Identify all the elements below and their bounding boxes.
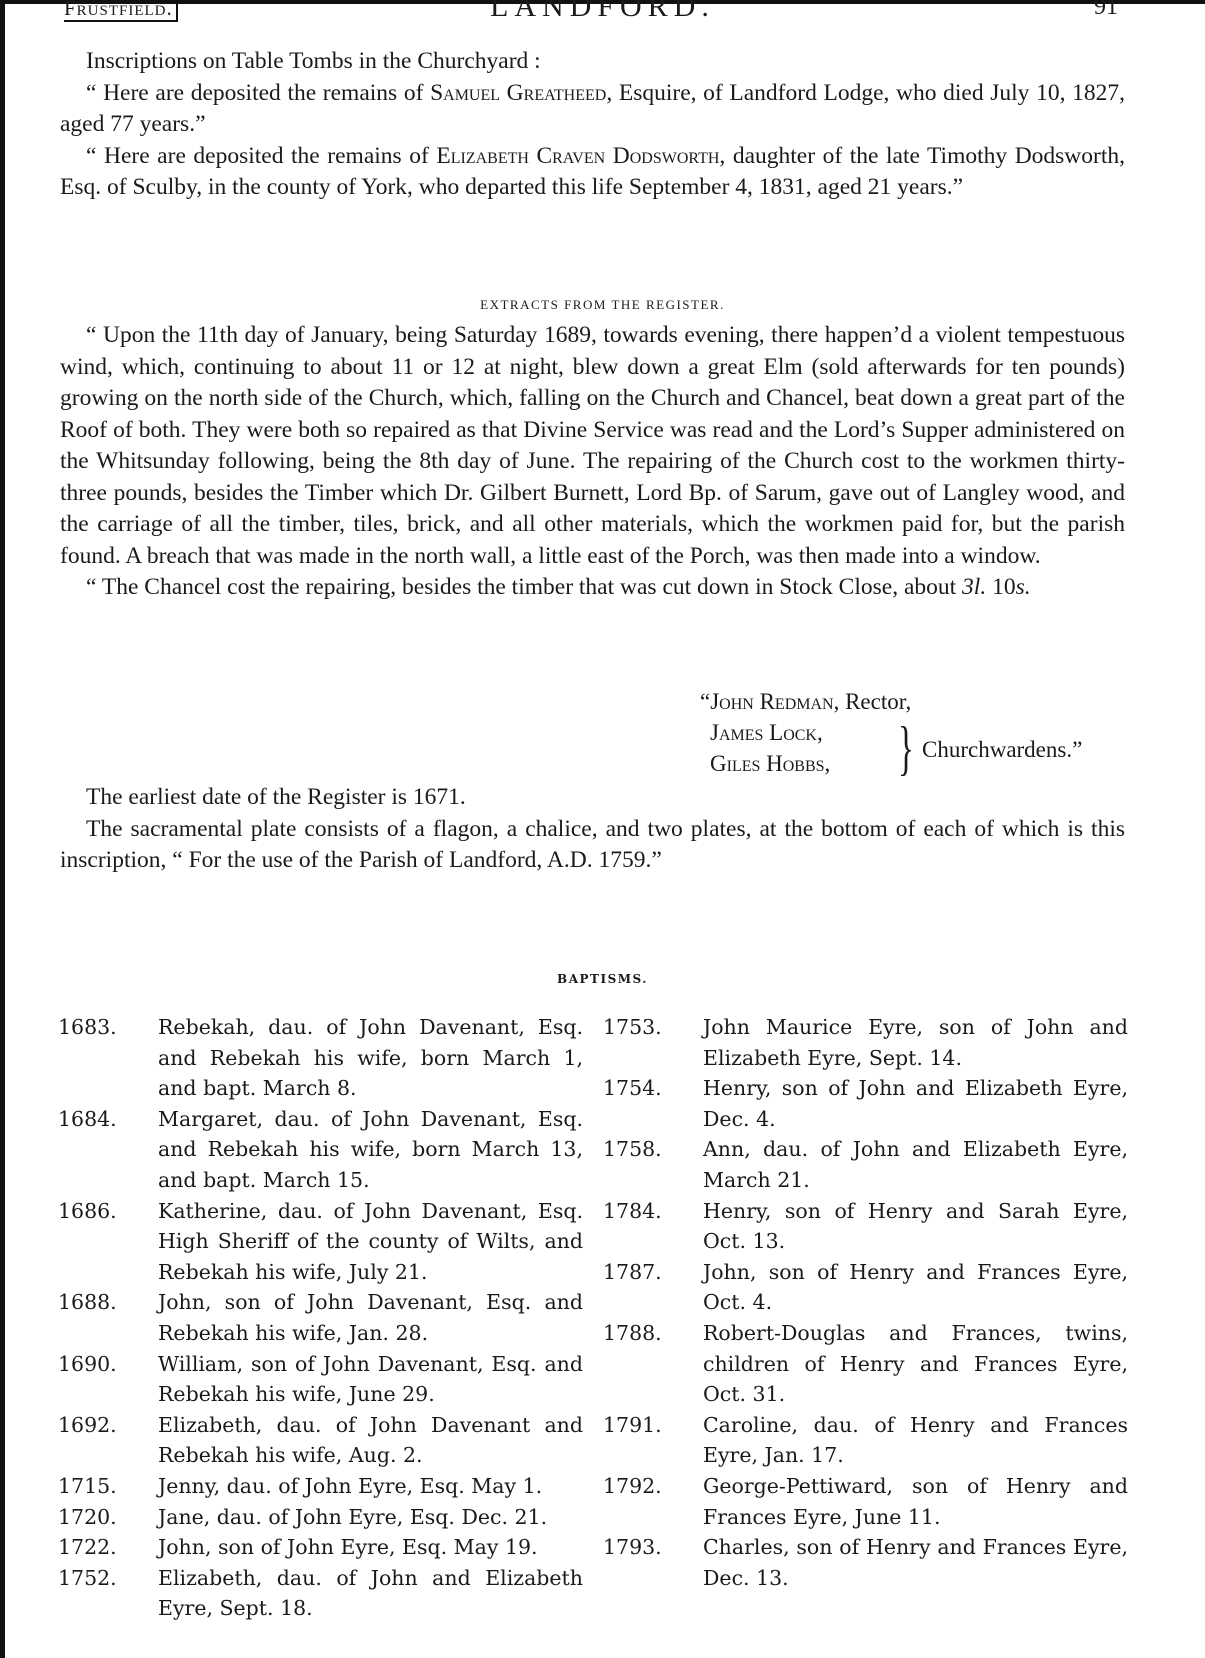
baptism-year: 1692. (58, 1410, 117, 1441)
running-head: Frustfield. LANDFORD. 91 (0, 0, 1205, 24)
person-name: Samuel Greatheed (430, 80, 606, 106)
baptism-year: 1793. (603, 1532, 662, 1563)
baptism-text: John, son of Henry and Frances Eyre, Oct… (703, 1257, 1128, 1318)
baptism-entry: 1686.Katherine, dau. of John Davenant, E… (58, 1196, 583, 1288)
baptism-entry: 1788.Robert-Douglas and Frances, twins, … (603, 1318, 1128, 1410)
baptism-entry: 1753.John Maurice Eyre, son of John and … (603, 1012, 1128, 1073)
baptism-year: 1688. (58, 1287, 117, 1318)
baptism-entry: 1758.Ann, dau. of John and Elizabeth Eyr… (603, 1134, 1128, 1195)
baptism-entry: 1715.Jenny, dau. of John Eyre, Esq. May … (58, 1471, 583, 1502)
baptism-entry: 1793.Charles, son of Henry and Frances E… (603, 1532, 1128, 1593)
baptism-year: 1683. (58, 1012, 117, 1043)
baptism-year: 1784. (603, 1196, 662, 1227)
baptism-year: 1752. (58, 1563, 117, 1594)
baptism-year: 1715. (58, 1471, 117, 1502)
baptism-year: 1791. (603, 1410, 662, 1441)
baptism-year: 1787. (603, 1257, 662, 1288)
tomb-inscription-dodsworth: “ Here are deposited the remains of Eliz… (60, 141, 1125, 204)
signature-block: “John Redman, Rector, James Lock, Giles … (700, 686, 911, 779)
baptism-year: 1788. (603, 1318, 662, 1349)
register-notes: The earliest date of the Register is 167… (60, 782, 1125, 877)
baptism-year: 1792. (603, 1471, 662, 1502)
baptism-entry: 1690.William, son of John Davenant, Esq.… (58, 1349, 583, 1410)
baptism-entry: 1684.Margaret, dau. of John Davenant, Es… (58, 1104, 583, 1196)
baptism-year: 1758. (603, 1134, 662, 1165)
extracts-heading: EXTRACTS FROM THE REGISTER. (0, 297, 1205, 313)
baptism-entry: 1787.John, son of Henry and Frances Eyre… (603, 1257, 1128, 1318)
baptism-text: Jenny, dau. of John Eyre, Esq. May 1. (158, 1471, 583, 1502)
baptism-entry: 1791.Caroline, dau. of Henry and Frances… (603, 1410, 1128, 1471)
baptism-text: Margaret, dau. of John Davenant, Esq. an… (158, 1104, 583, 1196)
baptism-entry: 1784.Henry, son of Henry and Sarah Eyre,… (603, 1196, 1128, 1257)
baptism-year: 1754. (603, 1073, 662, 1104)
baptism-text: John Maurice Eyre, son of John and Eliza… (703, 1012, 1128, 1073)
baptism-text: Elizabeth, dau. of John Davenant and Reb… (158, 1410, 583, 1471)
page-number: 91 (1094, 0, 1118, 20)
baptism-text: Rebekah, dau. of John Davenant, Esq. and… (158, 1012, 583, 1104)
baptism-year: 1720. (58, 1502, 117, 1533)
person-name: Elizabeth Craven Dodsworth (436, 143, 719, 169)
extract-paragraph-chancel: “ The Chancel cost the repairing, beside… (60, 572, 1125, 604)
baptism-text: George-Pettiward, son of Henry and Franc… (703, 1471, 1128, 1532)
baptism-text: Ann, dau. of John and Elizabeth Eyre, Ma… (703, 1134, 1128, 1195)
running-head-hundred: Frustfield. (64, 0, 178, 22)
baptism-entry: 1683.Rebekah, dau. of John Davenant, Esq… (58, 1012, 583, 1104)
inscriptions-intro: Inscriptions on Table Tombs in the Churc… (60, 46, 1125, 78)
sacramental-plate-note: The sacramental plate consists of a flag… (60, 814, 1125, 877)
earliest-date-note: The earliest date of the Register is 167… (60, 782, 1125, 814)
baptism-entry: 1792.George-Pettiward, son of Henry and … (603, 1471, 1128, 1532)
baptism-text: William, son of John Davenant, Esq. and … (158, 1349, 583, 1410)
baptism-text: Henry, son of John and Elizabeth Eyre, D… (703, 1073, 1128, 1134)
brace-glyph: } (898, 718, 914, 778)
baptism-text: Jane, dau. of John Eyre, Esq. Dec. 21. (158, 1502, 583, 1533)
baptisms-heading: BAPTISMS. (0, 972, 1205, 986)
baptism-text: Katherine, dau. of John Davenant, Esq. H… (158, 1196, 583, 1288)
baptism-text: Elizabeth, dau. of John and Elizabeth Ey… (158, 1563, 583, 1624)
running-head-parish: LANDFORD. (490, 0, 715, 22)
page-edge-left (0, 0, 5, 1658)
baptism-text: Charles, son of Henry and Frances Eyre, … (703, 1532, 1128, 1593)
baptism-year: 1722. (58, 1532, 117, 1563)
baptism-year: 1686. (58, 1196, 117, 1227)
baptism-entry: 1692.Elizabeth, dau. of John Davenant an… (58, 1410, 583, 1471)
baptism-entry: 1720.Jane, dau. of John Eyre, Esq. Dec. … (58, 1502, 583, 1533)
baptism-year: 1753. (603, 1012, 662, 1043)
churchwardens-label: Churchwardens.” (922, 734, 1082, 765)
baptism-entry: 1752.Elizabeth, dau. of John and Elizabe… (58, 1563, 583, 1624)
baptism-entry: 1722.John, son of John Eyre, Esq. May 19… (58, 1532, 583, 1563)
tomb-inscription-greatheed: “ Here are deposited the remains of Samu… (60, 78, 1125, 141)
baptisms-right-column: 1753.John Maurice Eyre, son of John and … (603, 1012, 1128, 1593)
baptism-text: Caroline, dau. of Henry and Frances Eyre… (703, 1410, 1128, 1471)
warden-name: Giles Hobbs, (700, 748, 911, 779)
baptisms-left-column: 1683.Rebekah, dau. of John Davenant, Esq… (58, 1012, 583, 1624)
baptism-entry: 1688.John, son of John Davenant, Esq. an… (58, 1287, 583, 1348)
extract-paragraph: “ Upon the 11th day of January, being Sa… (60, 320, 1125, 572)
rector-line: “John Redman, Rector, (700, 686, 911, 717)
baptism-year: 1684. (58, 1104, 117, 1135)
baptism-text: Robert-Douglas and Frances, twins, child… (703, 1318, 1128, 1410)
baptism-entry: 1754.Henry, son of John and Elizabeth Ey… (603, 1073, 1128, 1134)
baptism-text: John, son of John Eyre, Esq. May 19. (158, 1532, 583, 1563)
inscriptions-section: Inscriptions on Table Tombs in the Churc… (60, 46, 1125, 204)
baptism-text: Henry, son of Henry and Sarah Eyre, Oct.… (703, 1196, 1128, 1257)
extracts-section: “ Upon the 11th day of January, being Sa… (60, 320, 1125, 604)
warden-name: James Lock, (700, 717, 911, 748)
baptism-year: 1690. (58, 1349, 117, 1380)
baptism-text: John, son of John Davenant, Esq. and Reb… (158, 1287, 583, 1348)
